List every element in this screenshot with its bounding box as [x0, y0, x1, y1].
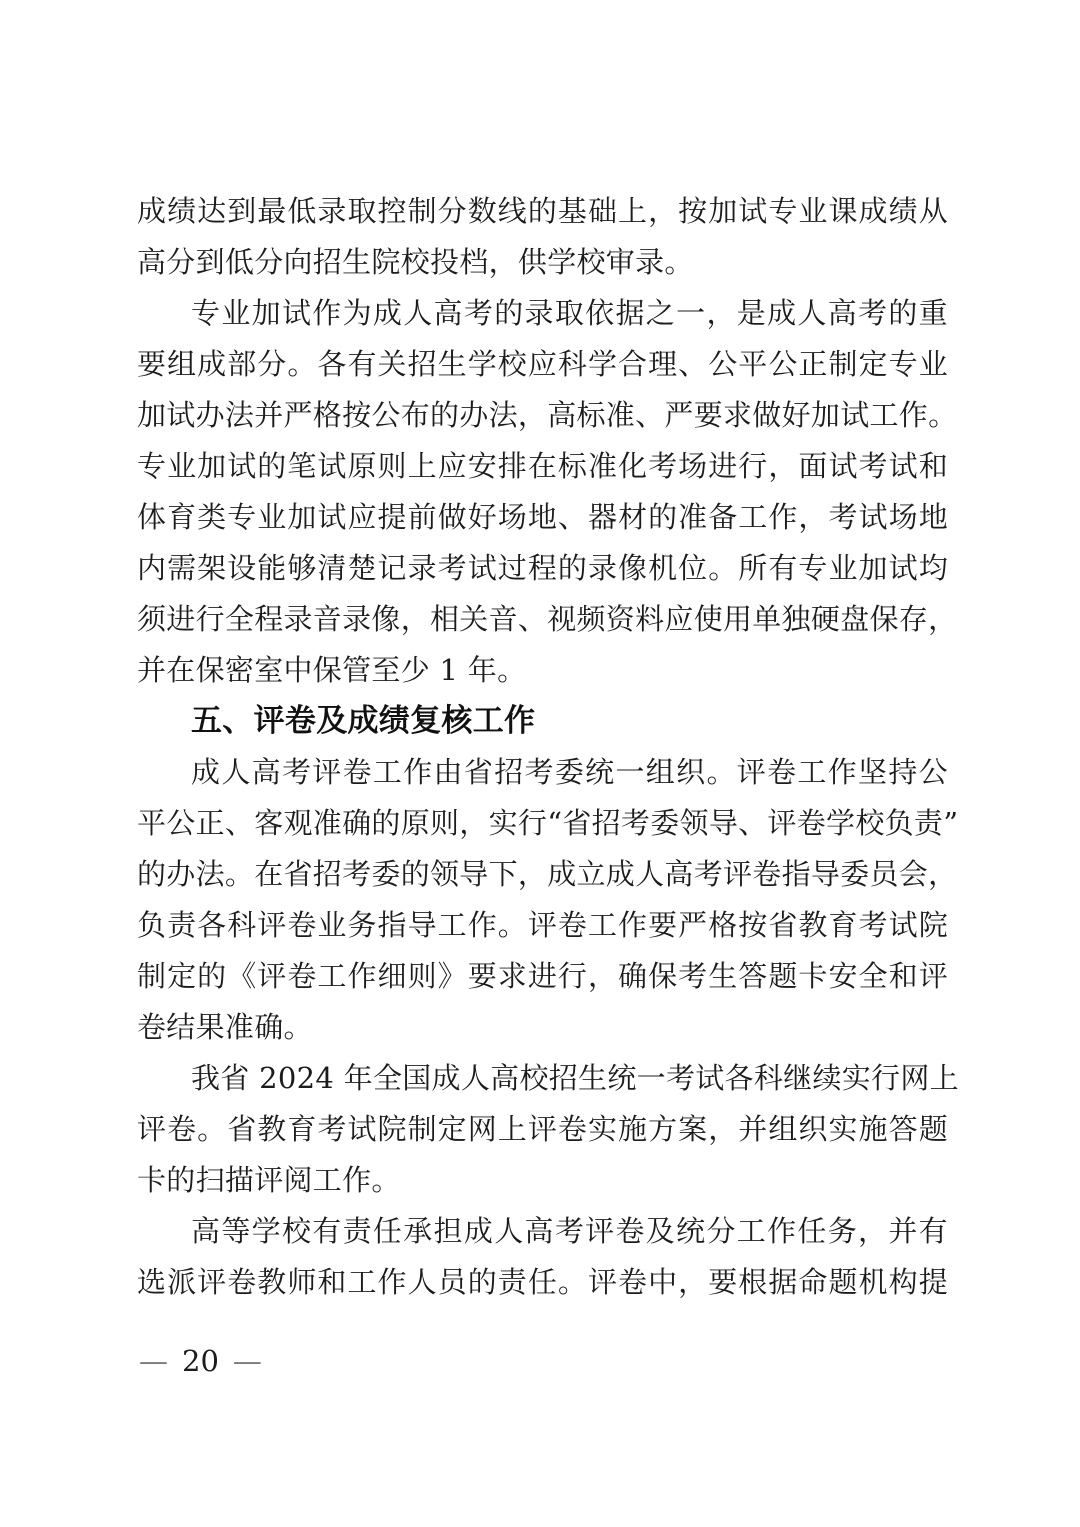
body-line: 并在保密室中保管至少 1 年。 [137, 645, 948, 696]
body-line: 评卷。省教育考试院制定网上评卷实施方案，并组织实施答题 [137, 1104, 948, 1155]
body-line: 平公正、客观准确的原则，实行“省招考委领导、评卷学校负责” [137, 798, 948, 849]
body-line: 负责各科评卷业务指导工作。评卷工作要严格按省教育考试院 [137, 900, 948, 951]
body-line: 制定的《评卷工作细则》要求进行，确保考生答题卡安全和评 [137, 951, 948, 1002]
body-line: 成绩达到最低录取控制分数线的基础上，按加试专业课成绩从 [137, 186, 948, 237]
body-line: 成人高考评卷工作由省招考委统一组织。评卷工作坚持公 [137, 747, 948, 798]
body-line: 专业加试作为成人高考的录取依据之一，是成人高考的重 [137, 288, 948, 339]
page-footer: —20— [139, 1343, 262, 1379]
section-heading: 五、评卷及成绩复核工作 [137, 696, 948, 747]
body-line: 要组成部分。各有关招生学校应科学合理、公平公正制定专业 [137, 339, 948, 390]
body-line: 高分到低分向招生院校投档，供学校审录。 [137, 237, 948, 288]
page-content: 成绩达到最低录取控制分数线的基础上，按加试专业课成绩从 高分到低分向招生院校投档… [137, 186, 948, 1308]
body-line: 卷结果准确。 [137, 1002, 948, 1053]
body-line: 卡的扫描评阅工作。 [137, 1155, 948, 1206]
footer-dash-left: — [139, 1344, 168, 1378]
page-number: 20 [182, 1344, 219, 1378]
footer-dash-right: — [233, 1344, 262, 1378]
body-line: 的办法。在省招考委的领导下，成立成人高考评卷指导委员会， [137, 849, 948, 900]
body-line: 内需架设能够清楚记录考试过程的录像机位。所有专业加试均 [137, 543, 948, 594]
body-line: 专业加试的笔试原则上应安排在标准化考场进行，面试考试和 [137, 441, 948, 492]
body-line: 选派评卷教师和工作人员的责任。评卷中，要根据命题机构提 [137, 1257, 948, 1308]
body-line: 须进行全程录音录像，相关音、视频资料应使用单独硬盘保存， [137, 594, 948, 645]
document-page: 成绩达到最低录取控制分数线的基础上，按加试专业课成绩从 高分到低分向招生院校投档… [0, 0, 1080, 1527]
body-line: 加试办法并严格按公布的办法，高标准、严要求做好加试工作。 [137, 390, 948, 441]
body-line: 体育类专业加试应提前做好场地、器材的准备工作，考试场地 [137, 492, 948, 543]
body-line: 高等学校有责任承担成人高考评卷及统分工作任务，并有 [137, 1206, 948, 1257]
body-line: 我省 2024 年全国成人高校招生统一考试各科继续实行网上 [137, 1053, 948, 1104]
